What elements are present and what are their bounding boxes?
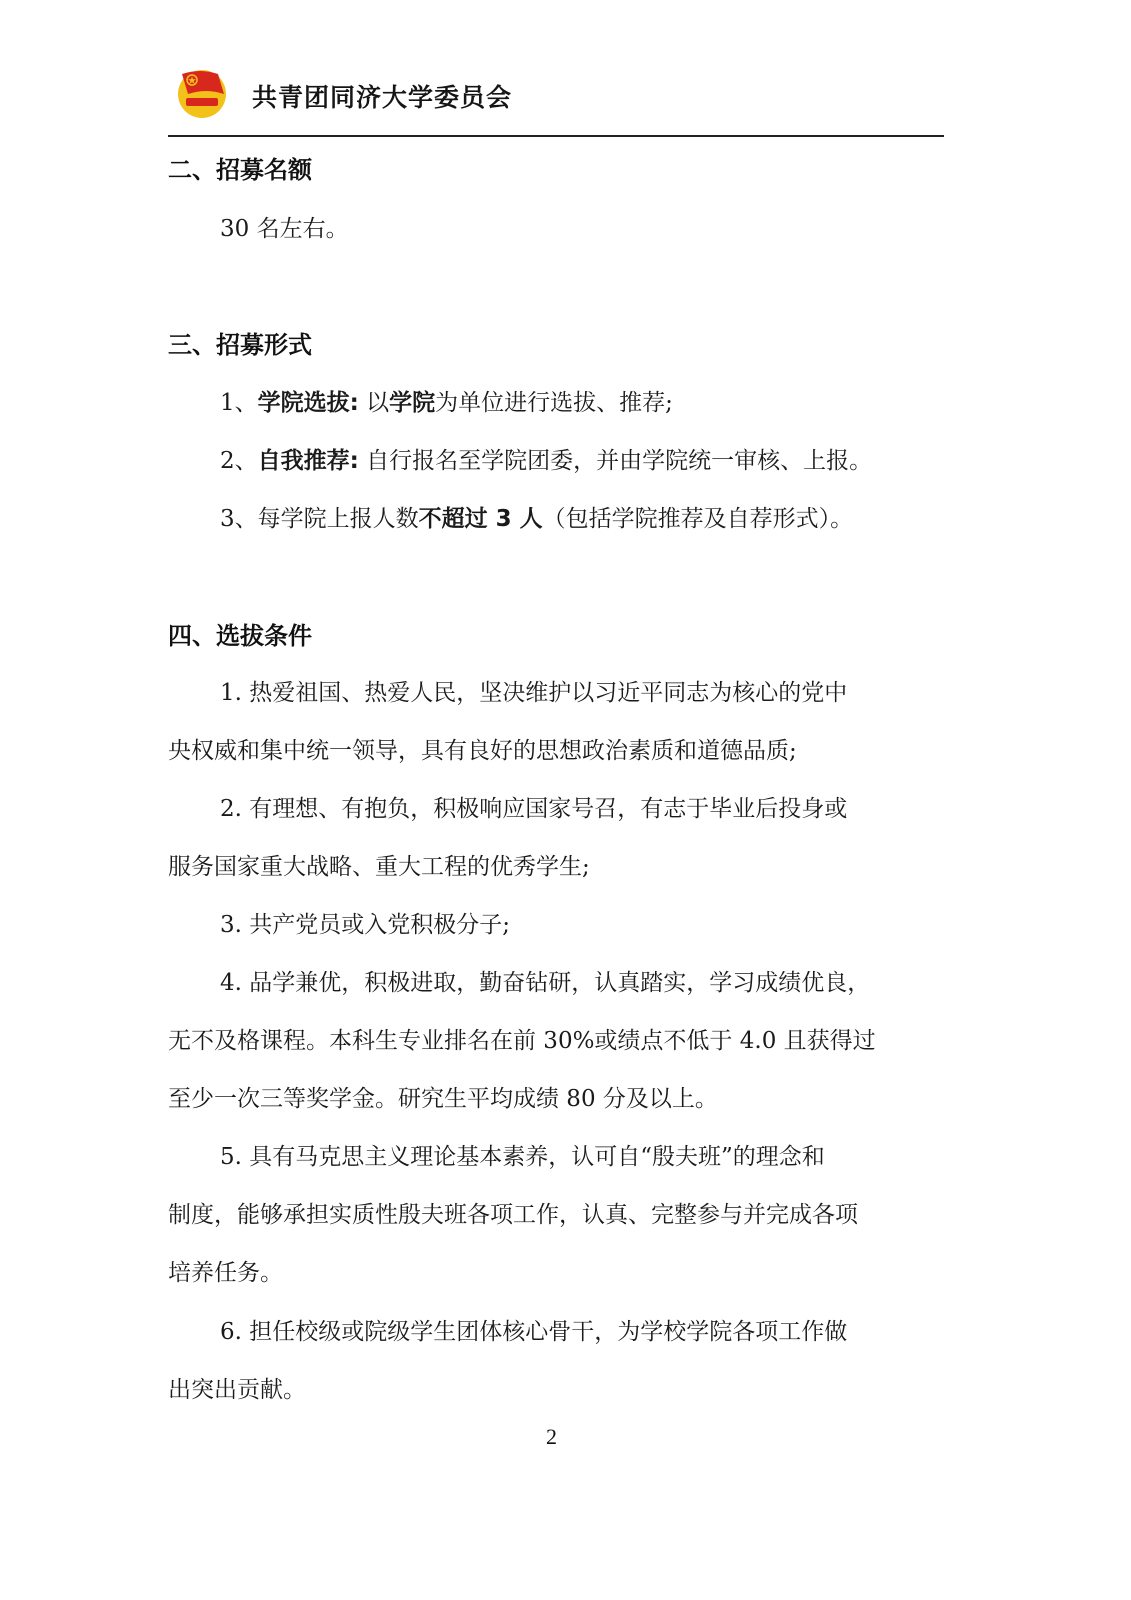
item-text: 每学院上报人数 [258,506,419,532]
form-item-1: 1、学院选拔: 以学院为单位进行选拔、推荐; [220,384,996,417]
criteria-4-line2: 无不及格课程。本科生专业排名在前 30%或绩点不低于 4.0 且获得过 [168,1022,944,1055]
criteria-4-line1: 4. 品学兼优，积极进取，勤奋钻研，认真踏实，学习成绩优良， [220,964,996,997]
item-emphasis: 不超过 3 人 [419,506,543,532]
section-heading-quota: 二、招募名额 [168,150,312,185]
youth-league-emblem-icon [174,64,230,120]
criteria-2-line1: 2. 有理想、有抱负，积极响应国家号召，有志于毕业后投身或 [220,790,996,823]
section-heading-form: 三、招募形式 [168,325,312,360]
org-name: 共青团同济大学委员会 [252,78,512,114]
criteria-1-line1: 1. 热爱祖国、热爱人民，坚决维护以习近平同志为核心的党中 [220,674,996,707]
item-label: 自我推荐: [258,448,359,474]
item-emphasis: 学院 [389,390,435,416]
item-number: 2、 [220,448,258,474]
criteria-5-line2: 制度，能够承担实质性殷夫班各项工作，认真、完整参与并完成各项 [168,1196,944,1229]
criteria-3-line1: 3. 共产党员或入党积极分子; [220,906,996,939]
criteria-1-line2: 央权威和集中统一领导，具有良好的思想政治素质和道德品质; [168,732,944,765]
form-item-3: 3、每学院上报人数不超过 3 人（包括学院推荐及自荐形式）。 [220,500,996,533]
item-text: 自行报名至学院团委，并由学院统一审核、上报。 [359,448,872,474]
criteria-6-line1: 6. 担任校级或院级学生团体核心骨干，为学校学院各项工作做 [220,1313,996,1346]
item-number: 3、 [220,506,258,532]
criteria-4-line3: 至少一次三等奖学金。研究生平均成绩 80 分及以上。 [168,1080,944,1113]
criteria-6-line2: 出突出贡献。 [168,1371,944,1404]
quota-text: 30 名左右。 [220,210,996,243]
header-divider [168,135,944,137]
criteria-2-line2: 服务国家重大战略、重大工程的优秀学生; [168,848,944,881]
section-heading-criteria: 四、选拔条件 [168,616,312,651]
item-text: （包括学院推荐及自荐形式）。 [543,506,854,532]
item-label: 学院选拔: [258,390,359,416]
criteria-5-line1: 5. 具有马克思主义理论基本素养，认可自“殷夫班”的理念和 [220,1138,996,1171]
criteria-5-line3: 培养任务。 [168,1254,944,1287]
form-item-2: 2、自我推荐: 自行报名至学院团委，并由学院统一审核、上报。 [220,442,996,475]
letterhead: 共青团同济大学委员会 [168,62,944,138]
item-text: 以 [359,390,389,416]
item-text: 为单位进行选拔、推荐; [435,390,673,416]
item-number: 1、 [220,390,258,416]
page-number: 2 [546,1424,557,1450]
